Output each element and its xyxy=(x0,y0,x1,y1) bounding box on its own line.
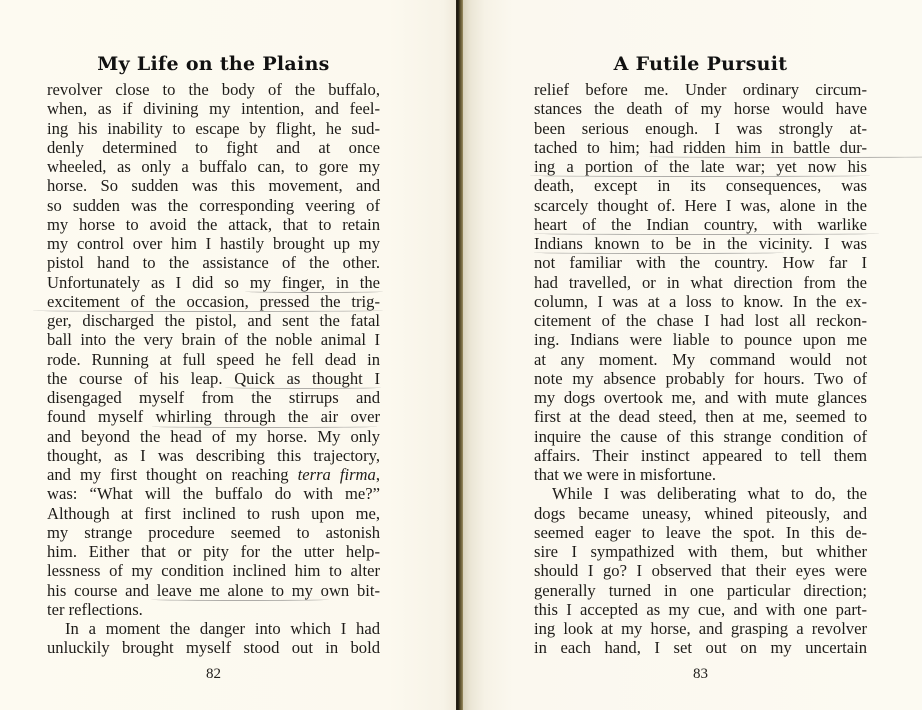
line-text: Indians known to be in the vicinity. I w… xyxy=(534,234,867,253)
text-line: first at the dead steed, then at me, see… xyxy=(534,407,867,426)
text-line: my horse to avoid the attack, that to re… xyxy=(47,215,380,234)
pencil-underline xyxy=(33,309,383,312)
text-line: wheeled, as only a buffalo can, to gore … xyxy=(47,157,380,176)
line-text: excitement of the occasion, pressed the … xyxy=(47,292,380,311)
line-text: found myself whirling through the air ov… xyxy=(47,407,380,426)
text-line: inquire the cause of this strange condit… xyxy=(534,427,867,446)
text-line-underlined: Indians known to be in the vicinity. I w… xyxy=(534,234,867,253)
line-text: Unfortunately as I did so my finger, in … xyxy=(47,273,380,292)
text-line: my strange procedure seemed to astonish xyxy=(47,523,380,542)
text-line-underlined: his course and leave me alone to my own … xyxy=(47,581,380,600)
text-line: ing look at my horse, and grasping a rev… xyxy=(534,619,867,638)
text-line: rode. Running at full speed he fell dead… xyxy=(47,350,380,369)
text-line-paragraph-start: While I was deliberating what to do, the xyxy=(534,484,867,503)
text-line: at any moment. My command would not xyxy=(534,350,867,369)
book-spread: My Life on the Plains revolver close to … xyxy=(0,0,922,710)
text-line-underlined: ing a portion of the late war; yet now h… xyxy=(534,157,867,176)
text-line: my control over him I hastily brought up… xyxy=(47,234,380,253)
text-line: Although at first inclined to rush upon … xyxy=(47,504,380,523)
line-text: the course of his leap. Quick as thought… xyxy=(47,369,380,388)
text-line: in each hand, I set out on my uncertain xyxy=(534,638,867,657)
text-line: ball into the very brain of the noble an… xyxy=(47,330,380,349)
text-line: sire I sympathized with them, but whithe… xyxy=(534,542,867,561)
line-text: heart of the Indian country, with warlik… xyxy=(534,215,867,234)
text-line: generally turned in one particular direc… xyxy=(534,581,867,600)
text-line: him. Either that or pity for the utter h… xyxy=(47,542,380,561)
left-page-number: 82 xyxy=(47,666,380,683)
text-line: when, as if divining my intention, and f… xyxy=(47,99,380,118)
text-line: ter reflections. xyxy=(47,600,380,619)
text-line: had travelled, or in what direction from… xyxy=(534,273,867,292)
text-line-underlined: excitement of the occasion, pressed the … xyxy=(47,292,380,311)
text-line-underlined: found myself whirling through the air ov… xyxy=(47,407,380,426)
pencil-underline xyxy=(151,598,329,601)
text-line: affairs. Their instinct appeared to tell… xyxy=(534,446,867,465)
line-text: ing a portion of the late war; yet now h… xyxy=(534,157,867,176)
text-line: seemed eager to leave the spot. In this … xyxy=(534,523,867,542)
text-line: and beyond the head of my horse. My only xyxy=(47,427,380,446)
right-text-block: relief before me. Under ordinary circum-… xyxy=(534,80,867,658)
text-line: should I go? I observed that their eyes … xyxy=(534,561,867,580)
italic-phrase: terra firma xyxy=(298,465,376,484)
text-line: lessness of my condition inclined him to… xyxy=(47,561,380,580)
left-text-block: revolver close to the body of the buffal… xyxy=(47,80,380,658)
text-line-underlined: heart of the Indian country, with warlik… xyxy=(534,215,867,234)
text-line: stances the death of my horse would have xyxy=(534,99,867,118)
left-running-head: My Life on the Plains xyxy=(47,53,380,75)
text-line: not familiar with the country. How far I xyxy=(534,253,867,272)
text-line: was: “What will the buffalo do with me?” xyxy=(47,484,380,503)
text-line: citement of the chase I had lost all rec… xyxy=(534,311,867,330)
text-line-underlined: tached to him; had ridden him in battle … xyxy=(534,138,867,157)
text-line: relief before me. Under ordinary circum- xyxy=(534,80,867,99)
text-line: this I accepted as my cue, and with one … xyxy=(534,600,867,619)
left-page: My Life on the Plains revolver close to … xyxy=(0,0,457,710)
text-line: thought, as I was describing this trajec… xyxy=(47,446,380,465)
text-line: dogs became uneasy, whined piteously, an… xyxy=(534,504,867,523)
line-text: tached to him; had ridden him in battle … xyxy=(534,138,867,157)
text-line: revolver close to the body of the buffal… xyxy=(47,80,380,99)
text-line: and my first thought on reaching terra f… xyxy=(47,465,380,484)
text-line: been serious enough. I was strongly at- xyxy=(534,119,867,138)
punctuation: , xyxy=(376,465,380,484)
text-line: ing his inability to escape by flight, h… xyxy=(47,119,380,138)
text-line: note my absence probably for hours. Two … xyxy=(534,369,867,388)
right-page-number: 83 xyxy=(534,666,867,683)
pencil-underline xyxy=(225,386,381,389)
text-line: so sudden was the corresponding veering … xyxy=(47,196,380,215)
text-line: death, except in its consequences, was xyxy=(534,176,867,195)
line-text: his course and leave me alone to my own … xyxy=(47,581,380,600)
right-page: A Futile Pursuit relief before me. Under… xyxy=(463,0,922,710)
right-running-head: A Futile Pursuit xyxy=(534,53,867,75)
text-line: my dogs overtook me, and with mute glanc… xyxy=(534,388,867,407)
pencil-underline xyxy=(152,425,377,428)
text-line-underlined: Unfortunately as I did so my finger, in … xyxy=(47,273,380,292)
text-line: ing. Indians were liable to pounce upon … xyxy=(534,330,867,349)
text-line: that we were in misfortune. xyxy=(534,465,867,484)
text-line: column, I was at a loss to know. In the … xyxy=(534,292,867,311)
text-line: ger, discharged the pistol, and sent the… xyxy=(47,311,380,330)
line-text: and my first thought on reaching xyxy=(47,465,298,484)
text-line: pistol hand to the assistance of the oth… xyxy=(47,253,380,272)
text-line: scarcely thought of. Here I was, alone i… xyxy=(534,196,867,215)
text-line: unluckily brought myself stood out in bo… xyxy=(47,638,380,657)
text-line-underlined: the course of his leap. Quick as thought… xyxy=(47,369,380,388)
text-line: denly determined to fight and at once xyxy=(47,138,380,157)
text-line: horse. So sudden was this movement, and xyxy=(47,176,380,195)
text-line-paragraph-start: In a moment the danger into which I had xyxy=(47,619,380,638)
text-line: disengaged myself from the stirrups and xyxy=(47,388,380,407)
